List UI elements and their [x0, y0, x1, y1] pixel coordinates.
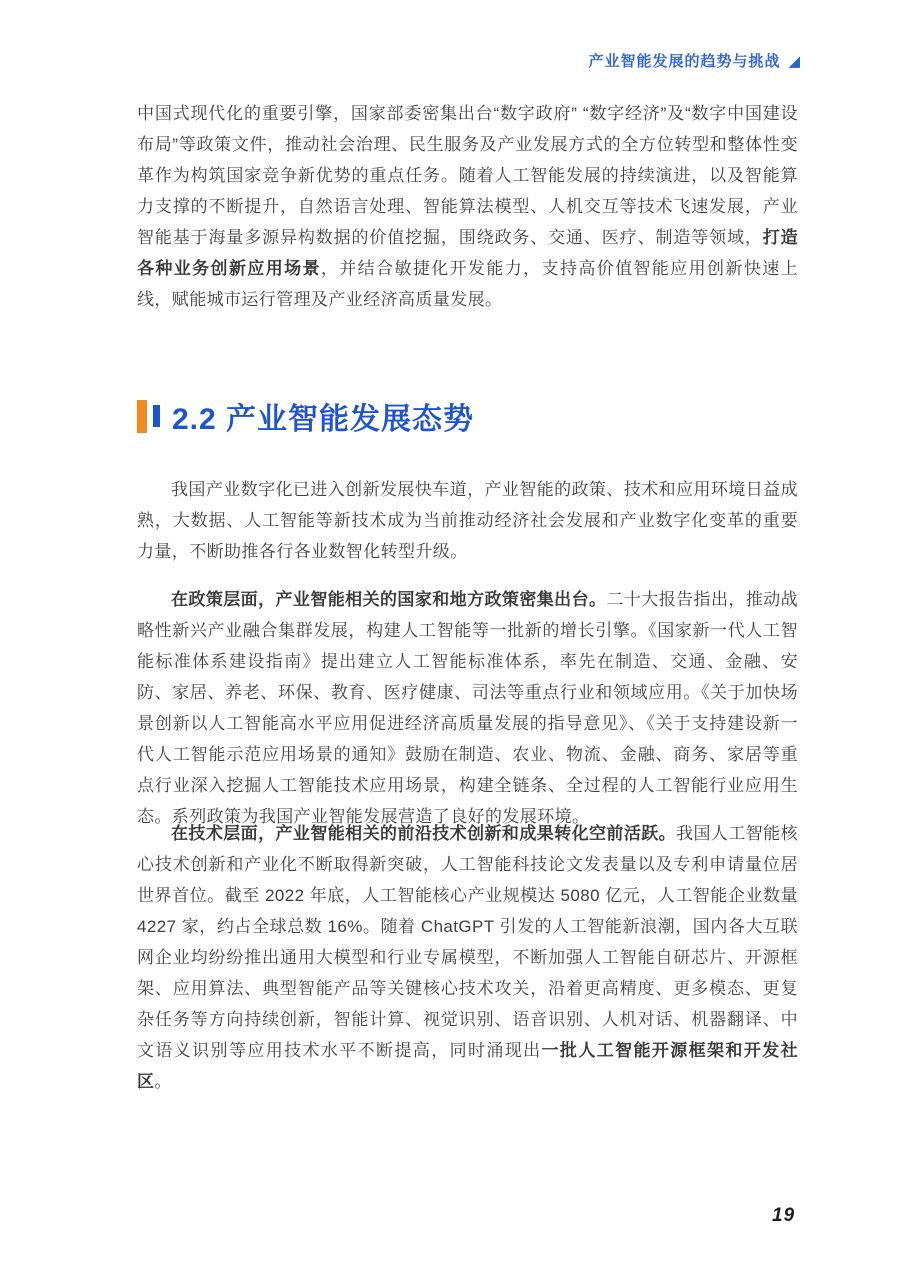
- header-title: 产业智能发展的趋势与挑战: [588, 50, 780, 71]
- page-number: 19: [772, 1205, 795, 1227]
- text-segment: 我国人工智能核心技术创新和产业化不断取得新突破，人工智能科技论文发表量以及专利申…: [137, 824, 798, 1060]
- text-segment-bold: 在技术层面，产业智能相关的前沿技术创新和成果转化空前活跃。: [171, 824, 676, 843]
- paragraph-overview: 我国产业数字化已进入创新发展快车道，产业智能的政策、技术和应用环境日益成熟，大数…: [137, 474, 798, 567]
- section-heading: 2.2 产业智能发展态势: [137, 396, 474, 436]
- document-page: 产业智能发展的趋势与挑战 ◢ 中国式现代化的重要引擎，国家部委密集出台“数字政府…: [0, 0, 904, 1280]
- text-segment-bold: 在政策层面，产业智能相关的国家和地方政策密集出台。: [171, 590, 606, 609]
- paragraph-intro: 中国式现代化的重要引擎，国家部委密集出台“数字政府” “数字经济”及“数字中国建…: [137, 98, 798, 315]
- text-segment: 二十大报告指出，推动战略性新兴产业融合集群发展，构建人工智能等一批新的增长引擎。…: [137, 590, 798, 826]
- heading-orange-bar-icon: [137, 400, 147, 433]
- heading-blue-bar-icon: [153, 405, 160, 427]
- text-segment: 我国产业数字化已进入创新发展快车道，产业智能的政策、技术和应用环境日益成熟，大数…: [137, 480, 798, 561]
- paragraph-policy: 在政策层面，产业智能相关的国家和地方政策密集出台。二十大报告指出，推动战略性新兴…: [137, 584, 798, 832]
- corner-triangle-icon: ◢: [788, 54, 800, 69]
- page-header: 产业智能发展的趋势与挑战 ◢: [588, 50, 800, 71]
- paragraph-technology: 在技术层面，产业智能相关的前沿技术创新和成果转化空前活跃。我国人工智能核心技术创…: [137, 818, 798, 1097]
- section-title: 2.2 产业智能发展态势: [172, 394, 474, 438]
- text-segment: 。: [154, 1072, 171, 1091]
- text-segment: 中国式现代化的重要引擎，国家部委密集出台“数字政府” “数字经济”及“数字中国建…: [137, 104, 798, 247]
